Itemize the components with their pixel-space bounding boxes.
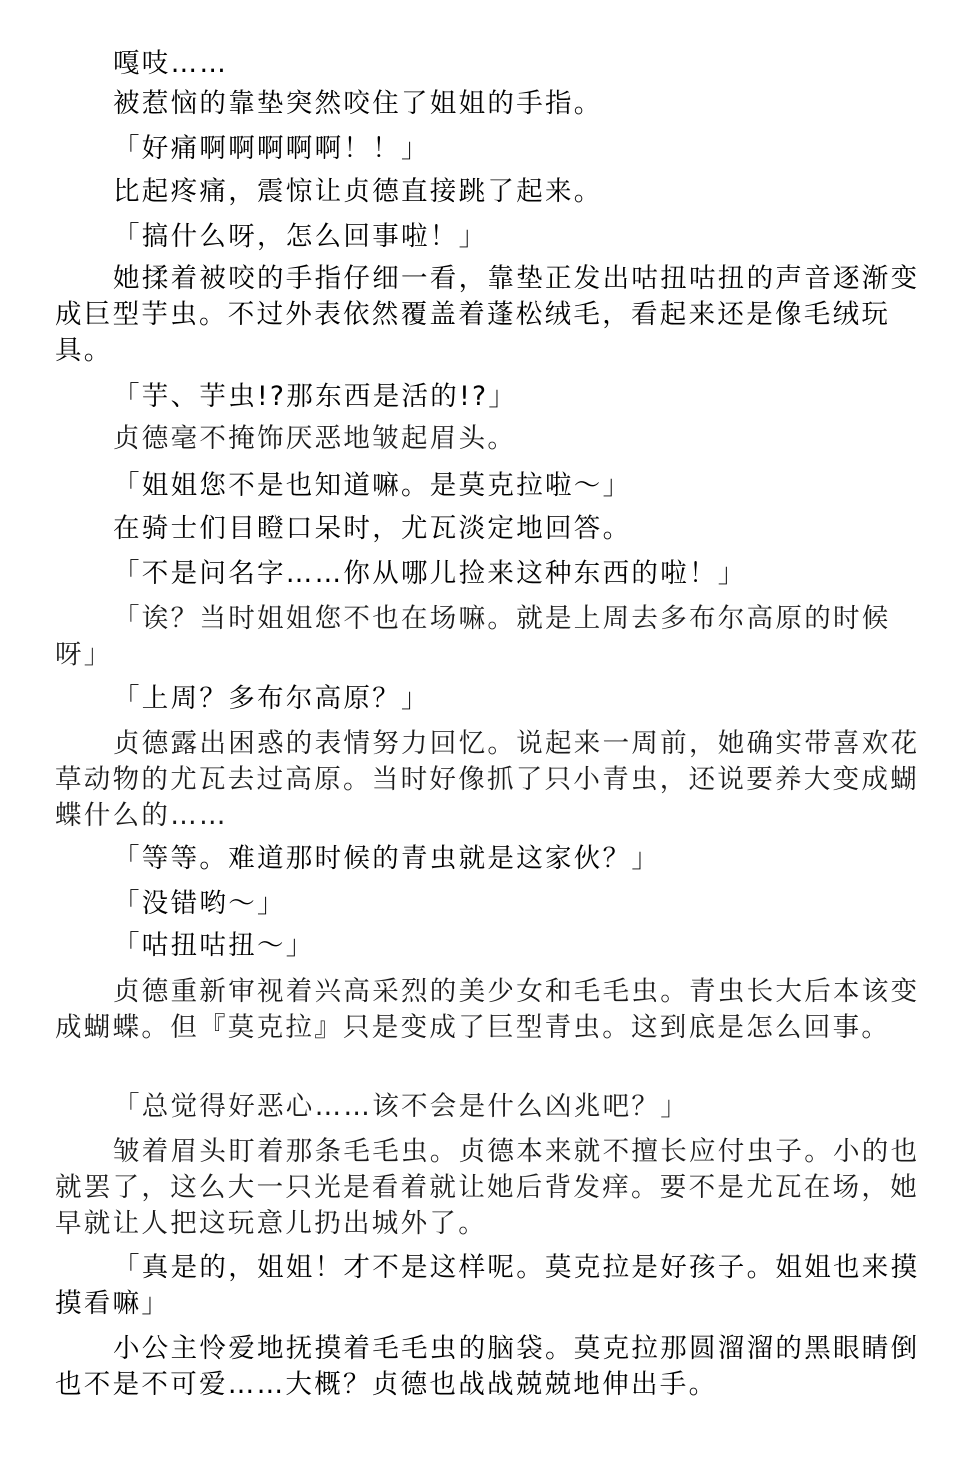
- paragraph: 比起疼痛，震惊让贞德直接跳了起来。: [55, 174, 927, 210]
- document-page: 嘎吱…… 被惹恼的靠垫突然咬住了姐姐的手指。 「好痛啊啊啊啊啊！！」 比起疼痛，…: [0, 0, 974, 1459]
- dialogue-line: 「好痛啊啊啊啊啊！！」: [55, 131, 927, 167]
- paragraph: 她揉着被咬的手指仔细一看，靠垫正发出咕扭咕扭的声音逐渐变成巨型芋虫。不过外表依然…: [55, 261, 927, 369]
- paragraph: 在骑士们目瞪口呆时，尤瓦淡定地回答。: [55, 511, 927, 547]
- paragraph: 贞德露出困惑的表情努力回忆。说起来一周前，她确实带喜欢花草动物的尤瓦去过高原。当…: [55, 726, 927, 834]
- dialogue-line: 「上周？多布尔高原？」: [55, 681, 927, 717]
- dialogue-line: 「诶？当时姐姐您不也在场嘛。就是上周去多布尔高原的时候呀」: [55, 601, 927, 673]
- paragraph: 嘎吱……: [55, 46, 927, 82]
- dialogue-line: 「总觉得好恶心……该不会是什么凶兆吧？」: [55, 1089, 927, 1125]
- dialogue-line: 「姐姐您不是也知道嘛。是莫克拉啦～」: [55, 468, 927, 504]
- dialogue-line: 「真是的，姐姐！才不是这样呢。莫克拉是好孩子。姐姐也来摸摸看嘛」: [55, 1250, 927, 1322]
- dialogue-line: 「咕扭咕扭～」: [55, 928, 927, 964]
- dialogue-line: 「搞什么呀，怎么回事啦！」: [55, 219, 927, 255]
- dialogue-line: 「芋、芋虫!?那东西是活的!?」: [55, 379, 927, 415]
- dialogue-line: 「没错哟～」: [55, 886, 927, 922]
- paragraph: 贞德毫不掩饰厌恶地皱起眉头。: [55, 421, 927, 457]
- paragraph: 被惹恼的靠垫突然咬住了姐姐的手指。: [55, 86, 927, 122]
- paragraph: 小公主怜爱地抚摸着毛毛虫的脑袋。莫克拉那圆溜溜的黑眼睛倒也不是不可爱……大概？贞…: [55, 1331, 927, 1403]
- paragraph: 皱着眉头盯着那条毛毛虫。贞德本来就不擅长应付虫子。小的也就罢了，这么大一只光是看…: [55, 1134, 927, 1242]
- dialogue-line: 「等等。难道那时候的青虫就是这家伙？」: [55, 841, 927, 877]
- paragraph: 贞德重新审视着兴高采烈的美少女和毛毛虫。青虫长大后本该变成蝴蝶。但『莫克拉』只是…: [55, 974, 927, 1046]
- dialogue-line: 「不是问名字……你从哪儿捡来这种东西的啦！」: [55, 556, 927, 592]
